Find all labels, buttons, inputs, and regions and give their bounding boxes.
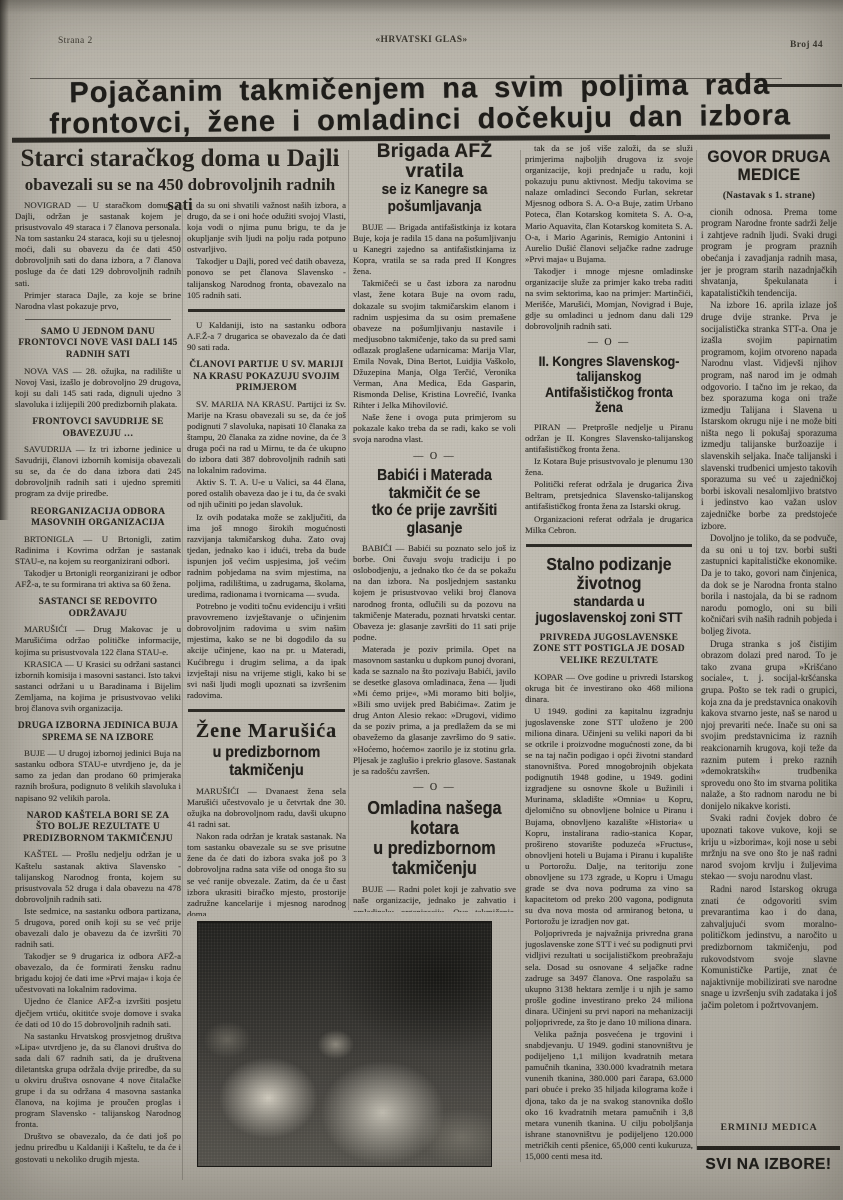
scan-smudge-top — [0, 0, 843, 14]
scan-smudge-left — [0, 0, 9, 520]
article-paragraph: Takodjer i mnoge mjesne omladinske organ… — [525, 266, 693, 332]
article-paragraph: Iz ovih podataka može se zaključiti, da … — [187, 512, 346, 601]
headline-line: Babići i Materada takmičit će se — [361, 467, 508, 502]
article-paragraph: Ujedno će članice AFŽ-a izvršiti posjetu… — [15, 996, 181, 1029]
article-paragraph: Dovoljno je toliko, da se podvuče, da su… — [701, 533, 837, 637]
article-subhead: PRIVREDA JUGOSLAVENSKE ZONE STT POSTIGLA… — [527, 633, 691, 668]
article-paragraph: da su oni shvatili važnost naših izbora,… — [187, 200, 346, 255]
article-subhead: ČLANOVI PARTIJE U SV. MARIJI NA KRASU PO… — [189, 360, 344, 395]
election-banner-text: SVI NA IZBORE! — [697, 1156, 840, 1174]
article-paragraph: Na sastanku Hrvatskog prosvjetnog društv… — [15, 1031, 181, 1131]
headline-line: Brigada AFŽ vratila — [353, 142, 516, 182]
article-paragraph: tak da se još više založi, da se služi p… — [525, 143, 693, 265]
divider-rule — [188, 309, 345, 312]
headline-line: Omladina našega kotara — [361, 798, 508, 838]
article-paragraph: Svaki radni čovjek dobro će upoznati tak… — [701, 813, 837, 883]
headline-line: Antifašističkog fronta žena — [532, 385, 687, 416]
news-photo — [197, 921, 492, 1167]
article-paragraph: Potrebno je voditi točnu evidenciju i vr… — [187, 601, 346, 701]
section-divider: — O — — [353, 451, 516, 464]
article-paragraph: cionih odnosa. Prema tome program Narodn… — [701, 207, 837, 300]
article-paragraph: Druga stranka s još čistijim obrazom dol… — [701, 639, 837, 813]
article-paragraph: BRTONIGLA — U Brtonigli, zatim Radinima … — [15, 534, 181, 567]
article-paragraph: Takodjer se 9 drugarica iz odbora AFŽ-a … — [15, 951, 181, 995]
article-paragraph: NOVIGRAD — U staračkom domu, u Dajli, od… — [15, 200, 181, 289]
article-paragraph: KAŠTEL — Prošlu nedjelju održan je u Kaš… — [15, 849, 181, 904]
headline-line: u predizbornom takmičenju — [361, 838, 508, 878]
headline-line: Žene Marušića — [187, 720, 346, 742]
column-divider — [182, 205, 183, 1180]
masthead: «HRVATSKI GLAS» — [0, 35, 843, 45]
article-paragraph: Iste sedmice, na sastanku odbora partiza… — [15, 906, 181, 950]
headline-line: u predizbornom takmičenju — [193, 744, 339, 780]
article-paragraph: BUJE — Radni polet koji je zahvatio sve … — [353, 884, 516, 912]
article-subhead: FRONTOVCI SAVUDRIJE SE OBAVEZUJU … — [17, 417, 179, 440]
article-paragraph: Nakon rada održan je kratak sastanak. Na… — [187, 831, 346, 916]
author-signature: ERMINIJ MEDICA — [701, 1122, 837, 1133]
article-paragraph: MARUŠIĆI — Dvanaest žena sela Marušići u… — [187, 786, 346, 830]
article-subhead: DRUGA IZBORNA JEDINICA BUJA SPREMA SE NA… — [17, 721, 179, 744]
article-paragraph: Materada je poziv primila. Opet na masov… — [353, 644, 516, 777]
article-headline: GOVOR DRUGA MEDICE — [701, 148, 837, 184]
article-paragraph: SAVUDRIJA — Iz tri izborne jedinice u Sa… — [15, 444, 181, 499]
article-paragraph: U Kaldaniji, isto na sastanku odbora A.F… — [187, 320, 346, 353]
column-divider — [696, 150, 697, 1150]
text-column-3: Brigada AFŽ vratilase iz Kanegre sa pošu… — [353, 140, 516, 912]
text-column-4: tak da se još više založi, da se služi p… — [525, 143, 693, 1165]
article-paragraph: Politički referat održala je drugarica Ž… — [525, 479, 693, 512]
divider-rule — [526, 544, 692, 547]
article-paragraph: U 1949. godini za kapitalnu izgradnju ju… — [525, 706, 693, 928]
article-paragraph: BUJE — U drugoj izbornoj jedinici Buja n… — [15, 748, 181, 803]
article-paragraph: PIRAN — Pretprošle nedjelje u Piranu odr… — [525, 422, 693, 455]
article-paragraph: Poljoprivreda je najvažnija privredna gr… — [525, 928, 693, 1028]
main-headline: Pojačanim takmičenjem na svim poljima ra… — [40, 69, 801, 140]
article-paragraph: NOVA VAS — 28. ožujka, na radilište u No… — [15, 366, 181, 410]
column-divider — [520, 150, 521, 1162]
section-divider: — O — — [525, 337, 693, 350]
election-banner: SVI NA IZBORE! — [697, 1146, 840, 1174]
article-paragraph: Aktiv S. T. A. U-e u Valici, sa 44 člana… — [187, 477, 346, 510]
article-subhead: SAMO U JEDNOM DANU FRONTOVCI NOVE VASI D… — [17, 327, 179, 362]
article-headline: Brigada AFŽ vratilase iz Kanegre sa pošu… — [353, 142, 516, 216]
article-subhead: NAROD KAŠTELA BORI SE ZA ŠTO BOLJE REZUL… — [17, 811, 179, 846]
text-column-5: GOVOR DRUGA MEDICE(Nastavak s 1. strane)… — [701, 146, 837, 1112]
text-column-2: da su oni shvatili važnost naših izbora,… — [187, 200, 346, 916]
banner-rule — [697, 1146, 840, 1150]
article-paragraph: BUJE — Brigada antifašistkinja iz kotara… — [353, 222, 516, 277]
article-paragraph: KRASICA — U Krasici su održani sastanci … — [15, 659, 181, 714]
headline-line: se iz Kanegre sa pošumljavanja — [359, 182, 511, 216]
headline-line: GOVOR DRUGA MEDICE — [704, 148, 833, 184]
article-paragraph: Takodjer u Brtonigli reorganizirani je o… — [15, 568, 181, 590]
headline-line: standarda u jugoslavenskoj zoni STT — [533, 593, 684, 626]
article-paragraph: Društvo se obavezalo, da će dati još po … — [15, 1131, 181, 1164]
section-divider: — O — — [353, 782, 516, 795]
article-headline: Stalno podizanje životnogstandarda u jug… — [525, 555, 693, 626]
article-paragraph: Primjer staraca Dajle, za koje se brine … — [15, 290, 181, 312]
headline-line: tko će prije završiti glasanje — [361, 502, 508, 537]
article-paragraph: SV. MARIJA NA KRASU. Partijci iz Sv. Mar… — [187, 399, 346, 477]
column-divider — [348, 150, 349, 910]
headline-line: II. Kongres Slavenskog-talijanskog — [532, 354, 687, 385]
article-subhead: SASTANCI SE REDOVITO ODRŽAVAJU — [17, 597, 179, 620]
article-paragraph: BABIĆI — Babići su poznato selo još iz b… — [353, 543, 516, 643]
article-paragraph: KOPAR — Ove godine u privredi Istarskog … — [525, 672, 693, 705]
article-paragraph: Radni narod Istarskog okruga znati će od… — [701, 884, 837, 1012]
article-subhead: REORGANIZACIJA ODBORA MASOVNIH ORGANIZAC… — [17, 507, 179, 530]
article-paragraph: Takmičeći se u čast izbora za narodnu vl… — [353, 278, 516, 411]
article-headline: Babići i Materada takmičit će setko će p… — [353, 467, 516, 537]
article-paragraph: Na izbore 16. aprila izlaze još druge dv… — [701, 300, 837, 532]
article-paragraph: Velika pažnja posvećena je trgovini i sn… — [525, 1029, 693, 1162]
issue-number-label: Broj 44 — [790, 40, 823, 50]
headline-line: Stalno podizanje životnog — [533, 555, 684, 593]
divider-rule — [188, 709, 345, 712]
divider-rule — [25, 319, 171, 320]
article-paragraph: Organizacioni referat održala je drugari… — [525, 514, 693, 536]
text-column-1: NOVIGRAD — U staračkom domu, u Dajli, od… — [15, 200, 181, 1188]
article-headline: Žene Marušićau predizbornom takmičenju — [187, 720, 346, 780]
article-headline: II. Kongres Slavenskog-talijanskogAntifa… — [525, 354, 693, 416]
article-paragraph: MARUŠIĆI — Drug Makovac je u Marušićima … — [15, 624, 181, 657]
article-paragraph: Takodjer u Dajli, pored već datih obavez… — [187, 256, 346, 300]
lead-headline-line1: Starci staračkog doma u Dajli — [13, 145, 347, 172]
newspaper-page: Strana 2 «HRVATSKI GLAS» Broj 44 Pojačan… — [0, 0, 843, 1200]
article-subhead: (Nastavak s 1. strane) — [703, 191, 835, 203]
article-headline: Omladina našega kotarau predizbornom tak… — [353, 798, 516, 878]
article-paragraph: Naše žene i ovoga puta primjerom su poka… — [353, 412, 516, 445]
article-paragraph: Iz Kotara Buje prisustvovalo je plenumu … — [525, 456, 693, 478]
